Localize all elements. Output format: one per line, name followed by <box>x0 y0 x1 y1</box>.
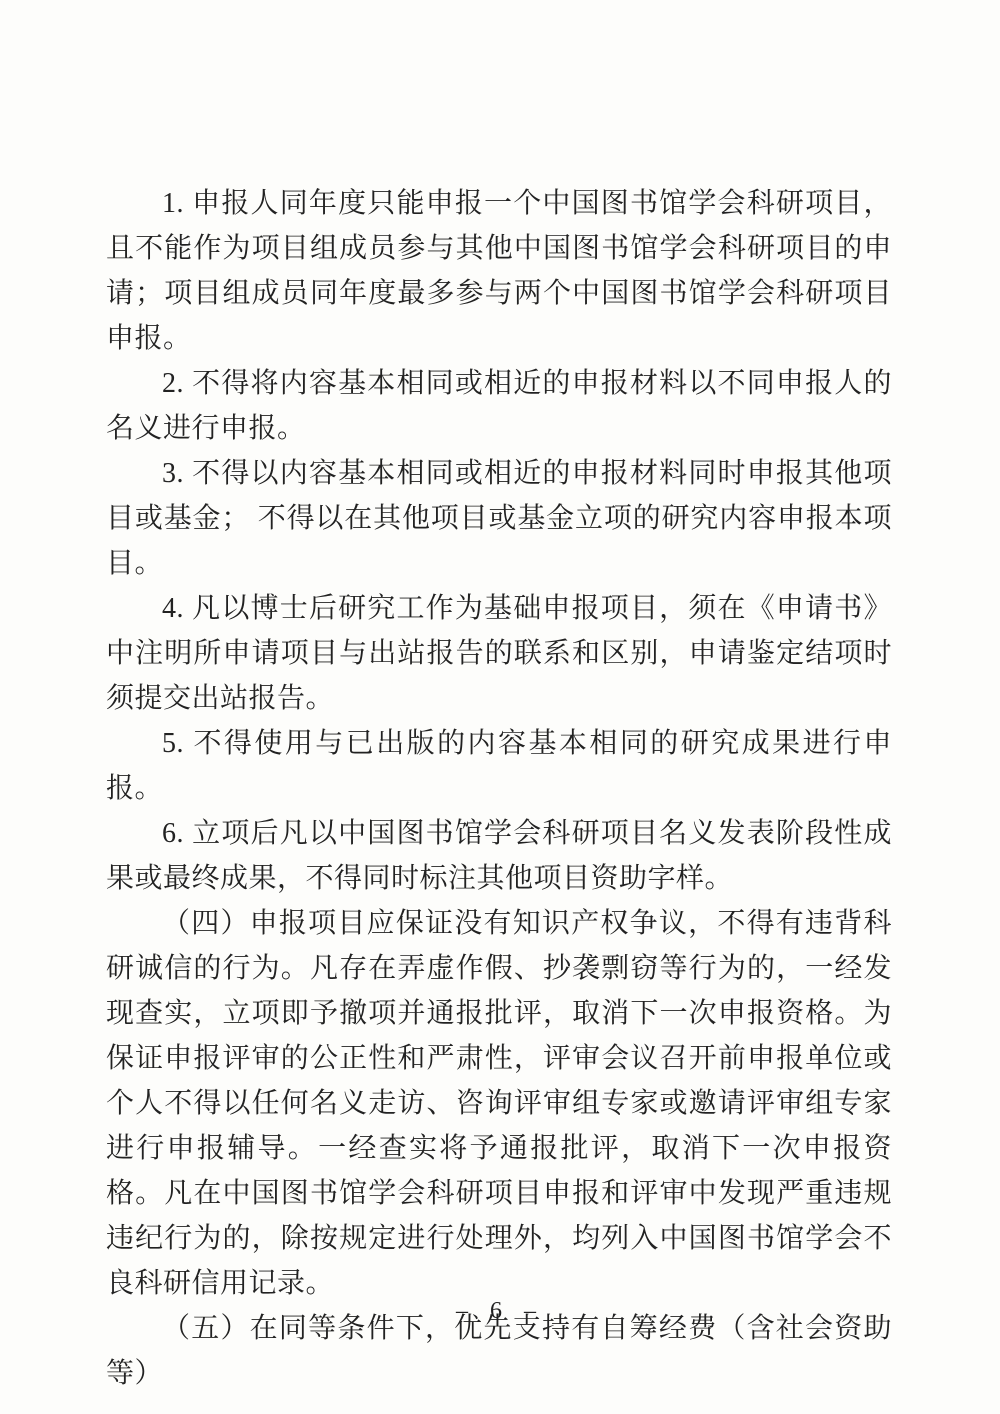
page-number: – 6 – <box>0 1298 1000 1325</box>
paragraph: 3. 不得以内容基本相同或相近的申报材料同时申报其他项目或基金； 不得以在其他项… <box>106 451 892 586</box>
scanned-document-page: 1. 申报人同年度只能申报一个中国图书馆学会科研项目，且不能作为项目组成员参与其… <box>0 0 1000 1414</box>
document-body: 1. 申报人同年度只能申报一个中国图书馆学会科研项目，且不能作为项目组成员参与其… <box>106 181 892 1396</box>
paragraph: 1. 申报人同年度只能申报一个中国图书馆学会科研项目，且不能作为项目组成员参与其… <box>106 181 892 361</box>
paragraph: 4. 凡以博士后研究工作为基础申报项目，须在《申请书》中注明所申请项目与出站报告… <box>106 586 892 721</box>
paragraph: 6. 立项后凡以中国图书馆学会科研项目名义发表阶段性成果或最终成果，不得同时标注… <box>106 811 892 901</box>
paragraph: （四）申报项目应保证没有知识产权争议，不得有违背科研诚信的行为。凡存在弄虚作假、… <box>106 901 892 1306</box>
paragraph: 2. 不得将内容基本相同或相近的申报材料以不同申报人的名义进行申报。 <box>106 361 892 451</box>
paragraph: 5. 不得使用与已出版的内容基本相同的研究成果进行申报。 <box>106 721 892 811</box>
